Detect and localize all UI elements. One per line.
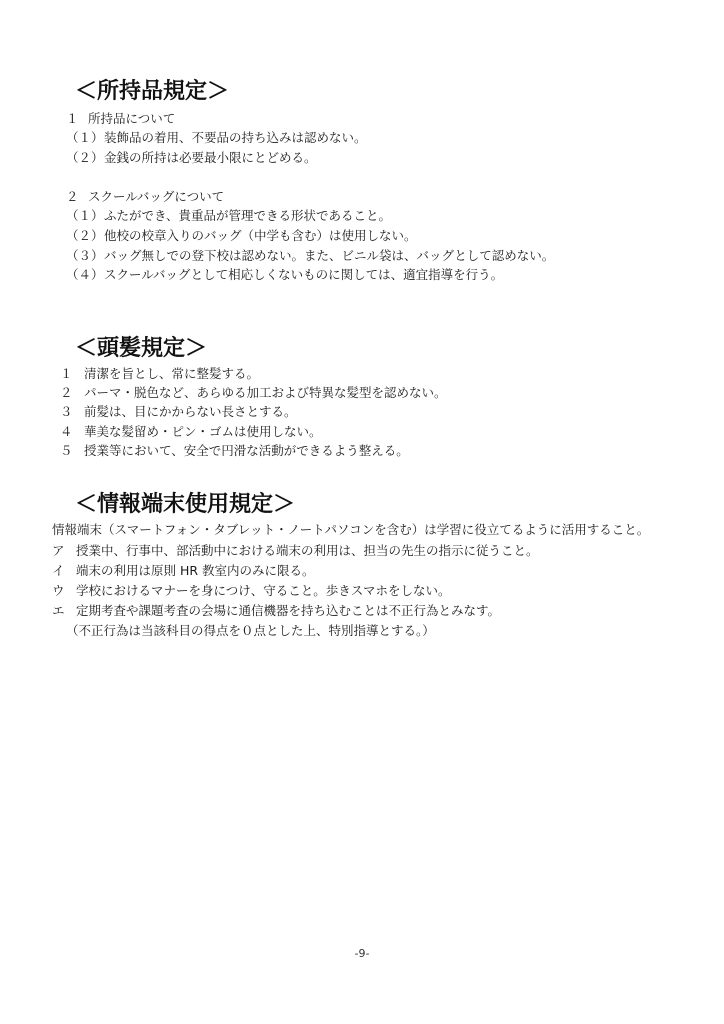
list-item: （４）スクールバッグとして相応しくないものに関しては、適宜指導を行う。 <box>66 267 503 283</box>
list-item: ４華美な髪留め・ピン・ゴムは使用しない。 <box>60 424 322 440</box>
item-marker: （１） <box>66 208 104 224</box>
item-marker: ４ <box>60 424 84 440</box>
page-number: -9- <box>0 947 724 960</box>
list-item: （３）バッグ無しでの登下校は認めない。また、ビニル袋は、バッグとして認めない。 <box>66 248 554 264</box>
item-text: ふたができ、貴重品が管理できる形状であること。 <box>104 208 391 223</box>
list-item: （１）装飾品の着用、不要品の持ち込みは認めない。 <box>66 130 367 146</box>
item-marker: １ <box>66 111 88 127</box>
list-item: （２）金銭の所持は必要最小限にとどめる。 <box>66 150 317 166</box>
list-item: ５授業等において、安全で円滑な活動ができるよう整える。 <box>60 443 409 459</box>
item-text: 定期考査や課題考査の会場に通信機器を持ち込むことは不正行為とみなす。 <box>76 603 500 618</box>
item-text: 金銭の所持は必要最小限にとどめる。 <box>104 150 317 165</box>
item-marker: ２ <box>60 385 84 401</box>
item-marker: １ <box>60 366 84 382</box>
heading-hair-rules: ＜頭髪規定＞ <box>75 331 207 362</box>
item-text: 授業等において、安全で円滑な活動ができるよう整える。 <box>84 443 409 458</box>
list-item: ３前髪は、目にかからない長さとする。 <box>60 404 297 420</box>
item-marker: ウ <box>52 583 76 599</box>
item-text: スクールバッグとして相応しくないものに関しては、適宜指導を行う。 <box>104 267 503 282</box>
item-text: バッグ無しでの登下校は認めない。また、ビニル袋は、バッグとして認めない。 <box>104 248 554 263</box>
list-item: エ定期考査や課題考査の会場に通信機器を持ち込むことは不正行為とみなす。 <box>52 603 500 619</box>
item-text: 学校におけるマナーを身につけ、守ること。歩きスマホをしない。 <box>76 583 451 598</box>
item-marker: （３） <box>66 248 104 264</box>
item-marker: ３ <box>60 404 84 420</box>
list-item: ２スクールバッグについて <box>66 189 224 205</box>
list-item: １所持品について <box>66 111 175 127</box>
item-text: 他校の校章入りのバッグ（中学も含む）は使用しない。 <box>104 228 417 243</box>
item-text: 前髪は、目にかからない長さとする。 <box>84 404 297 419</box>
item-marker: エ <box>52 603 76 619</box>
list-item: イ端末の利用は原則 HR 教室内のみに限る。 <box>52 563 315 579</box>
item-marker: ア <box>52 543 76 559</box>
item-text: 清潔を旨とし、常に整髪する。 <box>84 366 259 381</box>
list-item: ２パーマ・脱色など、あらゆる加工および特異な髪型を認めない。 <box>60 385 447 401</box>
list-item: （１）ふたができ、貴重品が管理できる形状であること。 <box>66 208 391 224</box>
item-text: 授業中、行事中、部活動中における端末の利用は、担当の先生の指示に従うこと。 <box>76 543 539 558</box>
intro-text: 情報端末（スマートフォン・タブレット・ノートパソコンを含む）は学習に役立てるよう… <box>52 522 649 538</box>
item-marker: ２ <box>66 189 88 205</box>
item-text: 所持品について <box>88 111 175 126</box>
list-item: （２）他校の校章入りのバッグ（中学も含む）は使用しない。 <box>66 228 417 244</box>
item-text: スクールバッグについて <box>88 189 224 204</box>
item-marker: （１） <box>66 130 104 146</box>
item-text: 端末の利用は原則 HR 教室内のみに限る。 <box>76 563 315 578</box>
list-item: １清潔を旨とし、常に整髪する。 <box>60 366 259 382</box>
list-item: ア授業中、行事中、部活動中における端末の利用は、担当の先生の指示に従うこと。 <box>52 543 539 559</box>
heading-device-rules: ＜情報端末使用規定＞ <box>75 487 295 518</box>
item-marker: （２） <box>66 150 104 166</box>
item-marker: （２） <box>66 228 104 244</box>
item-marker: （４） <box>66 267 104 283</box>
item-marker: ５ <box>60 443 84 459</box>
heading-belongings-rules: ＜所持品規定＞ <box>75 74 229 105</box>
list-item: ウ学校におけるマナーを身につけ、守ること。歩きスマホをしない。 <box>52 583 451 599</box>
item-marker: イ <box>52 563 76 579</box>
item-text: パーマ・脱色など、あらゆる加工および特異な髪型を認めない。 <box>84 385 447 400</box>
item-text: 華美な髪留め・ピン・ゴムは使用しない。 <box>84 424 322 439</box>
item-text: 装飾品の着用、不要品の持ち込みは認めない。 <box>104 130 367 145</box>
note-text: （不正行為は当該科目の得点を０点とした上、特別指導とする。） <box>66 623 435 639</box>
